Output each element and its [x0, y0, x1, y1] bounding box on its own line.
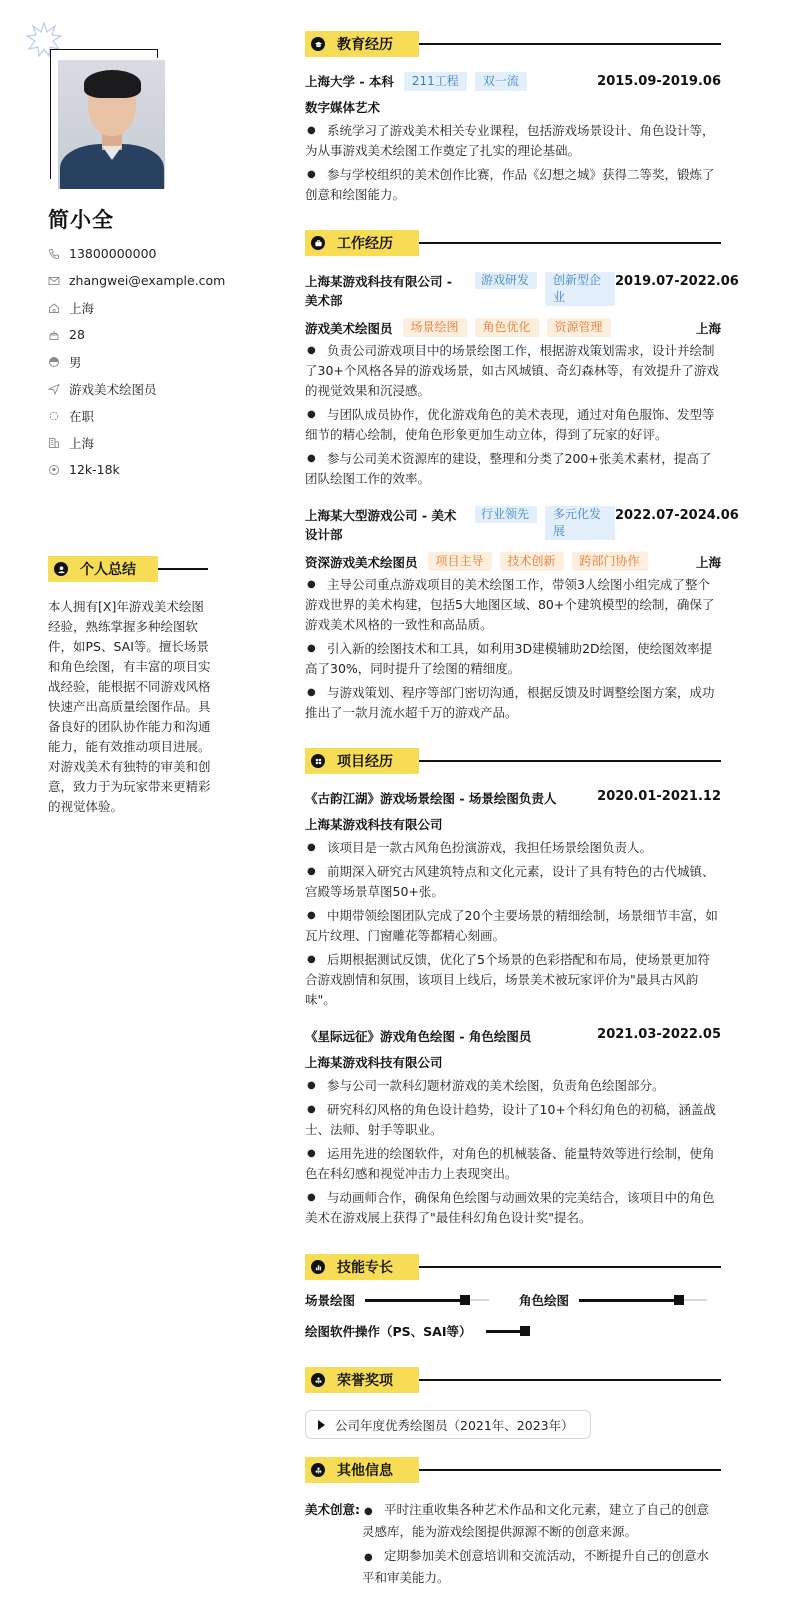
job-role: 资深游戏美术绘图员 [305, 553, 418, 571]
skill-item: 场景绘图 [305, 1291, 489, 1309]
list-item: ●前期深入研究古风建筑特点和文化元素，设计了具有特色的古代城镇、宫殿等场景草图5… [305, 862, 721, 902]
phone-icon [48, 248, 60, 260]
project-bullets: ●该项目是一款古风角色扮演游戏，我担任场景绘图负责人。 ●前期深入研究古风建筑特… [305, 838, 721, 1010]
project-date: 2020.01-2021.12 [597, 789, 721, 804]
status-value: 在职 [69, 407, 94, 425]
projects-section-header: 项目经历 [305, 748, 721, 774]
info-work-city: 上海 [48, 429, 225, 456]
main-content: 教育经历 上海大学 - 本科 211工程 双一流 2015.09-2019.06… [305, 31, 721, 1592]
candidate-name: 简小全 [48, 204, 114, 234]
gender-icon [48, 356, 60, 368]
city-value: 上海 [69, 299, 94, 317]
list-item: ●与动画师合作，确保角色绘图与动画效果的完美结合，该项目中的角色美术在游戏展上获… [305, 1188, 721, 1228]
job-role-row: 资深游戏美术绘图员 项目主导 技术创新 跨部门协作 上海 [305, 552, 721, 571]
job-location: 上海 [696, 319, 721, 337]
school-name: 上海大学 - 本科 [305, 72, 394, 91]
role-tag: 项目主导 [428, 552, 492, 571]
education-section: 教育经历 上海大学 - 本科 211工程 双一流 2015.09-2019.06… [305, 31, 721, 205]
age-value: 28 [69, 327, 85, 342]
skills-list: 场景绘图 角色绘图 绘图软件操作（PS、SAI等） [305, 1291, 721, 1361]
role-tag: 场景绘图 [403, 318, 467, 337]
list-item: ●后期根据测试反馈，优化了5个场景的色彩搭配和布局，使场景更加符合游戏剧情和氛围… [305, 950, 721, 1010]
info-age: 28 [48, 321, 225, 348]
project-date: 2021.03-2022.05 [597, 1027, 721, 1042]
list-item: ●引入新的绘图技术和工具，如利用3D建模辅助2D绘图，使绘图效率提高了30%，同… [305, 639, 721, 679]
list-item: ●运用先进的绘图软件，对角色的机械装备、能量特效等进行绘制，使角色在科幻感和视觉… [305, 1144, 721, 1184]
role-tag: 技术创新 [500, 552, 564, 571]
skills-section: 技能专长 场景绘图 角色绘图 绘图软件操作（PS、SAI等） [305, 1254, 721, 1361]
skill-name: 角色绘图 [519, 1291, 569, 1309]
list-item: ●研究科幻风格的角色设计趋势，设计了10+个科幻角色的初稿，涵盖战士、法师、射手… [305, 1100, 721, 1140]
job-role: 游戏美术绘图员 [305, 319, 393, 337]
status-icon [48, 410, 60, 422]
skill-level-knob [674, 1295, 684, 1305]
summary-text: 本人拥有[X]年游戏美术绘图经验，熟练掌握多种绘图软件，如PS、SAI等。擅长场… [48, 597, 214, 817]
projects-title: 项目经历 [337, 751, 393, 771]
skills-section-header: 技能专长 [305, 1254, 721, 1280]
job-header: 上海某游戏科技有限公司 - 美术部 游戏研发 创新型企业 2019.07-202… [305, 272, 721, 310]
list-item: ●平时注重收集各种艺术作品和文化元素，建立了自己的创意灵感库，能为游戏绘图提供源… [362, 1500, 721, 1542]
info-email: zhangwei@example.com [48, 267, 225, 294]
project-entry: 《星际远征》游戏角色绘图 - 角色绘图员 2021.03-2022.05 上海某… [305, 1027, 721, 1228]
education-date: 2015.09-2019.06 [597, 72, 721, 91]
age-icon [48, 329, 60, 341]
graduation-cap-icon [311, 37, 325, 51]
info-phone: 13800000000 [48, 240, 225, 267]
section-divider [419, 1379, 721, 1381]
company-name: 上海某大型游戏公司 - 美术设计部 [305, 506, 463, 544]
list-item: ●中期带领绘图团队完成了20个主要场景的精细绘制，场景细节丰富，如瓦片纹理、门窗… [305, 906, 721, 946]
work-city-value: 上海 [69, 434, 94, 452]
job-location: 上海 [696, 553, 721, 571]
list-item: ●该项目是一款古风角色扮演游戏，我担任场景绘图负责人。 [305, 838, 721, 858]
project-header: 《古韵江湖》游戏场景绘图 - 场景绘图负责人 2020.01-2021.12 [305, 789, 721, 807]
list-item: ●与团队成员协作，优化游戏角色的美术表现，通过对角色服饰、发型等细节的精心绘制，… [305, 405, 721, 445]
job-bullets: ●主导公司重点游戏项目的美术绘图工作，带领3人绘图小组完成了整个游戏世界的美术构… [305, 575, 721, 723]
company-tag: 行业领先 [475, 506, 537, 523]
grid-icon [311, 754, 325, 768]
job-entry: 上海某游戏科技有限公司 - 美术部 游戏研发 创新型企业 2019.07-202… [305, 272, 721, 489]
project-company: 上海某游戏科技有限公司 [305, 815, 721, 833]
work-section-header: 工作经历 [305, 230, 721, 256]
section-divider [419, 242, 721, 244]
role-tag: 跨部门协作 [572, 552, 648, 571]
phone-value: 13800000000 [69, 246, 156, 261]
caret-right-icon [318, 1420, 325, 1430]
gender-value: 男 [69, 353, 82, 371]
skill-item: 绘图软件操作（PS、SAI等） [305, 1322, 530, 1340]
list-item: ●负责公司游戏项目中的场景绘图工作，根据游戏策划需求，设计并绘制了30+个风格各… [305, 341, 721, 401]
school-tag: 211工程 [404, 72, 467, 91]
project-bullets: ●参与公司一款科幻题材游戏的美术绘图，负责角色绘图部分。 ●研究科幻风格的角色设… [305, 1076, 721, 1228]
skills-title: 技能专长 [337, 1257, 393, 1277]
section-divider [419, 1266, 721, 1268]
email-value: zhangwei@example.com [69, 273, 225, 288]
other-label: 美术创意: [305, 1500, 362, 1592]
skill-level-knob [520, 1326, 530, 1336]
education-title: 教育经历 [337, 34, 393, 54]
skill-item: 角色绘图 [519, 1291, 707, 1309]
other-section-header: 其他信息 [305, 1457, 721, 1483]
other-section: 其他信息 美术创意: ●平时注重收集各种艺术作品和文化元素，建立了自己的创意灵感… [305, 1457, 721, 1592]
honors-title: 荣誉奖项 [337, 1370, 393, 1390]
info-status: 在职 [48, 402, 225, 429]
sidebar: 简小全 13800000000 zhangwei@example.com 上海 … [0, 0, 250, 1618]
home-icon [48, 302, 60, 314]
project-name: 《古韵江湖》游戏场景绘图 - 场景绘图负责人 [305, 789, 556, 807]
company-tag: 游戏研发 [475, 272, 537, 289]
project-name: 《星际远征》游戏角色绘图 - 角色绘图员 [305, 1027, 531, 1045]
role-tag: 资源管理 [547, 318, 611, 337]
info-position: 游戏美术绘图员 [48, 375, 225, 402]
work-title: 工作经历 [337, 233, 393, 253]
mail-icon [48, 275, 60, 287]
avatar [58, 60, 165, 189]
company-tag: 多元化发展 [545, 506, 615, 540]
section-divider [419, 1469, 721, 1471]
info-city: 上海 [48, 294, 225, 321]
projects-section: 项目经历 《古韵江湖》游戏场景绘图 - 场景绘图负责人 2020.01-2021… [305, 748, 721, 1228]
job-header: 上海某大型游戏公司 - 美术设计部 行业领先 多元化发展 2022.07-202… [305, 506, 721, 544]
info-salary: 12k-18k [48, 456, 225, 483]
company-tag: 创新型企业 [545, 272, 615, 306]
work-section: 工作经历 上海某游戏科技有限公司 - 美术部 游戏研发 创新型企业 2019.0… [305, 230, 721, 723]
salary-value: 12k-18k [69, 462, 120, 477]
school-tag: 双一流 [475, 72, 527, 91]
project-company: 上海某游戏科技有限公司 [305, 1053, 721, 1071]
award-icon [311, 1373, 325, 1387]
job-entry: 上海某大型游戏公司 - 美术设计部 行业领先 多元化发展 2022.07-202… [305, 506, 721, 723]
info-gender: 男 [48, 348, 225, 375]
briefcase-icon [311, 236, 325, 250]
list-item: ●参与学校组织的美术创作比赛，作品《幻想之城》获得二等奖，锻炼了创意和绘图能力。 [305, 165, 721, 205]
company-name: 上海某游戏科技有限公司 - 美术部 [305, 272, 463, 310]
education-section-header: 教育经历 [305, 31, 721, 57]
salary-icon [48, 464, 60, 476]
skill-level-knob [460, 1295, 470, 1305]
list-item: ●系统学习了游戏美术相关专业课程，包括游戏场景设计、角色设计等，为从事游戏美术绘… [305, 121, 721, 161]
project-header: 《星际远征》游戏角色绘图 - 角色绘图员 2021.03-2022.05 [305, 1027, 721, 1045]
job-bullets: ●负责公司游戏项目中的场景绘图工作，根据游戏策划需求，设计并绘制了30+个风格各… [305, 341, 721, 489]
section-divider [419, 43, 721, 45]
other-bullets: ●平时注重收集各种艺术作品和文化元素，建立了自己的创意灵感库，能为游戏绘图提供源… [362, 1500, 721, 1592]
skill-level-bar [365, 1299, 489, 1301]
skill-level-bar [486, 1330, 530, 1332]
list-item: ●参与公司美术资源库的建设，整理和分类了200+张美术素材，提高了团队绘图工作的… [305, 449, 721, 489]
section-divider [158, 568, 208, 570]
bar-chart-icon [311, 1260, 325, 1274]
other-title: 其他信息 [337, 1460, 393, 1480]
user-icon [54, 562, 68, 576]
honors-section-header: 荣誉奖项 [305, 1367, 721, 1393]
education-bullets: ●系统学习了游戏美术相关专业课程，包括游戏场景设计、角色设计等，为从事游戏美术绘… [305, 121, 721, 205]
contact-info-list: 13800000000 zhangwei@example.com 上海 28 男… [48, 240, 225, 483]
position-value: 游戏美术绘图员 [69, 380, 157, 398]
summary-title: 个人总结 [80, 559, 136, 579]
list-item: ●参与公司一款科幻题材游戏的美术绘图，负责角色绘图部分。 [305, 1076, 721, 1096]
building-icon [48, 437, 60, 449]
honor-label: 公司年度优秀绘图员（2021年、2023年） [335, 1416, 574, 1434]
list-item: ●主导公司重点游戏项目的美术绘图工作，带领3人绘图小组完成了整个游戏世界的美术构… [305, 575, 721, 635]
skill-level-bar [579, 1299, 707, 1301]
list-item: ●与游戏策划、程序等部门密切沟通，根据反馈及时调整绘图方案，成功推出了一款月流水… [305, 683, 721, 723]
skill-name: 绘图软件操作（PS、SAI等） [305, 1322, 472, 1340]
role-tag: 角色优化 [475, 318, 539, 337]
job-date: 2022.07-2024.06 [615, 506, 739, 525]
education-entry-header: 上海大学 - 本科 211工程 双一流 2015.09-2019.06 [305, 72, 721, 91]
honor-item[interactable]: 公司年度优秀绘图员（2021年、2023年） [305, 1410, 591, 1439]
skill-name: 场景绘图 [305, 1291, 355, 1309]
job-date: 2019.07-2022.06 [615, 272, 739, 291]
job-role-row: 游戏美术绘图员 场景绘图 角色优化 资源管理 上海 [305, 318, 721, 337]
section-divider [419, 760, 721, 762]
send-icon [48, 383, 60, 395]
project-entry: 《古韵江湖》游戏场景绘图 - 场景绘图负责人 2020.01-2021.12 上… [305, 789, 721, 1010]
honors-section: 荣誉奖项 公司年度优秀绘图员（2021年、2023年） [305, 1367, 721, 1439]
info-icon [311, 1463, 325, 1477]
summary-section-header: 个人总结 [48, 556, 208, 582]
list-item: ●定期参加美术创意培训和交流活动，不断提升自己的创意水平和审美能力。 [362, 1546, 721, 1588]
major: 数字媒体艺术 [305, 98, 721, 116]
other-info-row: 美术创意: ●平时注重收集各种艺术作品和文化元素，建立了自己的创意灵感库，能为游… [305, 1500, 721, 1592]
